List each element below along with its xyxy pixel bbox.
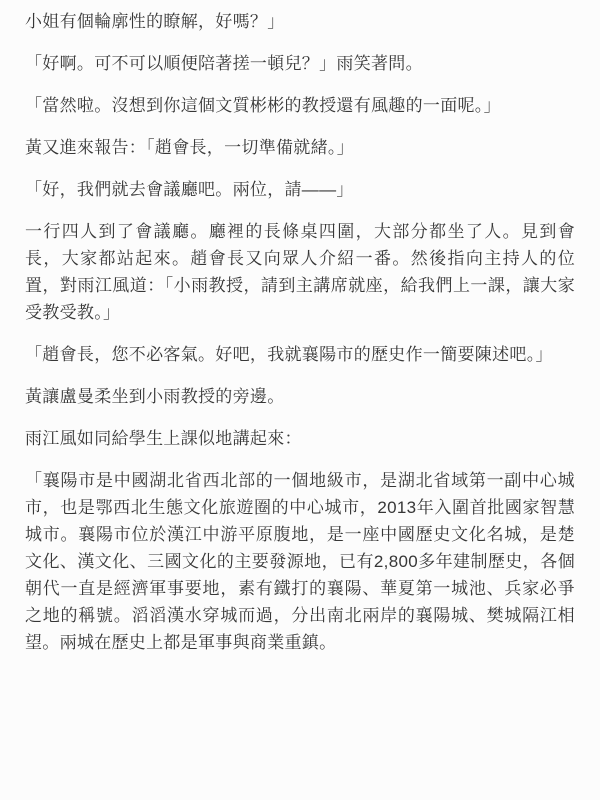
paragraph: 一行四人到了會議廳。廳裡的長條桌四圍，大部分都坐了人。見到會長，大家都站起來。趙… [25, 218, 575, 326]
paragraph: 雨江風如同給學生上課似地講起來： [25, 425, 575, 452]
paragraph: 黃讓盧曼柔坐到小雨教授的旁邊。 [25, 383, 575, 410]
paragraph: 「好，我們就去會議廳吧。兩位，請——」 [25, 176, 575, 203]
novel-reader-page: 小姐有個輪廓性的瞭解，好嗎？」「好啊。可不可以順便陪著搓一頓兒？」雨笑著問。「當… [0, 0, 600, 800]
paragraph: 「當然啦。沒想到你這個文質彬彬的教授還有風趣的一面呢。」 [25, 92, 575, 119]
paragraph: 小姐有個輪廓性的瞭解，好嗎？」 [25, 8, 575, 35]
text-content: 小姐有個輪廓性的瞭解，好嗎？」「好啊。可不可以順便陪著搓一頓兒？」雨笑著問。「當… [25, 8, 575, 656]
paragraph: 「好啊。可不可以順便陪著搓一頓兒？」雨笑著問。 [25, 50, 575, 77]
paragraph: 黃又進來報告：「趙會長，一切準備就緒。」 [25, 134, 575, 161]
paragraph: 「襄陽市是中國湖北省西北部的一個地級市，是湖北省域第一副中心城市，也是鄂西北生態… [25, 467, 575, 656]
paragraph: 「趙會長，您不必客氣。好吧，我就襄陽市的歷史作一簡要陳述吧。」 [25, 341, 575, 368]
